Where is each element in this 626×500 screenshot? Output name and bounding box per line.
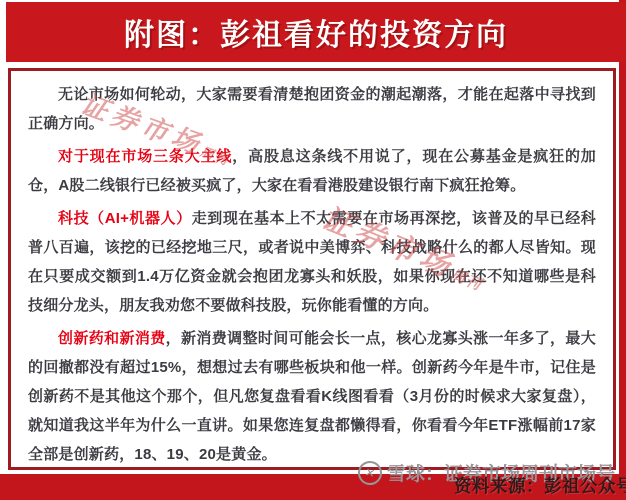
page-title: 附图：彭祖看好的投资方向 (124, 10, 508, 54)
article-paragraph: 创新药和新消费，新消费调整时间可能会长一点，核心龙寡头涨一年多了，最大的回撤都没… (28, 324, 596, 469)
xueqiu-logo-icon: ✕ (356, 458, 384, 486)
paragraph-lead: 对于现在市场三条大主线 (58, 148, 232, 165)
paragraph-body: 无论市场如何轮动，大家需要看清楚抱团资金的潮起潮落，才能在起落中寻找到正确方向。 (28, 86, 596, 132)
right-edge-frame (619, 0, 626, 500)
article-paragraph: 科技（AI+机器人）走到现在基本上不太需要在市场再深挖，该普及的早已经科普八百遍… (28, 204, 596, 320)
paragraph-body: ，新消费调整时间可能会长一点，核心龙寡头涨一年多了，最大的回撤都没有超过15%，… (28, 330, 596, 463)
article-paragraph: 无论市场如何轮动，大家需要看清楚抱团资金的潮起潮落，才能在起落中寻找到正确方向。 (28, 80, 596, 138)
source-attribution: 资料来源：彭祖公众号 (454, 473, 626, 498)
paragraph-lead: 创新药和新消费 (58, 330, 166, 347)
article-card: 无论市场如何轮动，大家需要看清楚抱团资金的潮起潮落，才能在起落中寻找到正确方向。… (8, 68, 616, 470)
title-banner: 附图：彭祖看好的投资方向 (6, 2, 626, 62)
article-paragraph: 对于现在市场三条大主线，高股息这条线不用说了，现在公募基金是疯狂的加仓，A股二线… (28, 142, 596, 200)
paragraph-lead: 科技（AI+机器人） (58, 210, 192, 227)
